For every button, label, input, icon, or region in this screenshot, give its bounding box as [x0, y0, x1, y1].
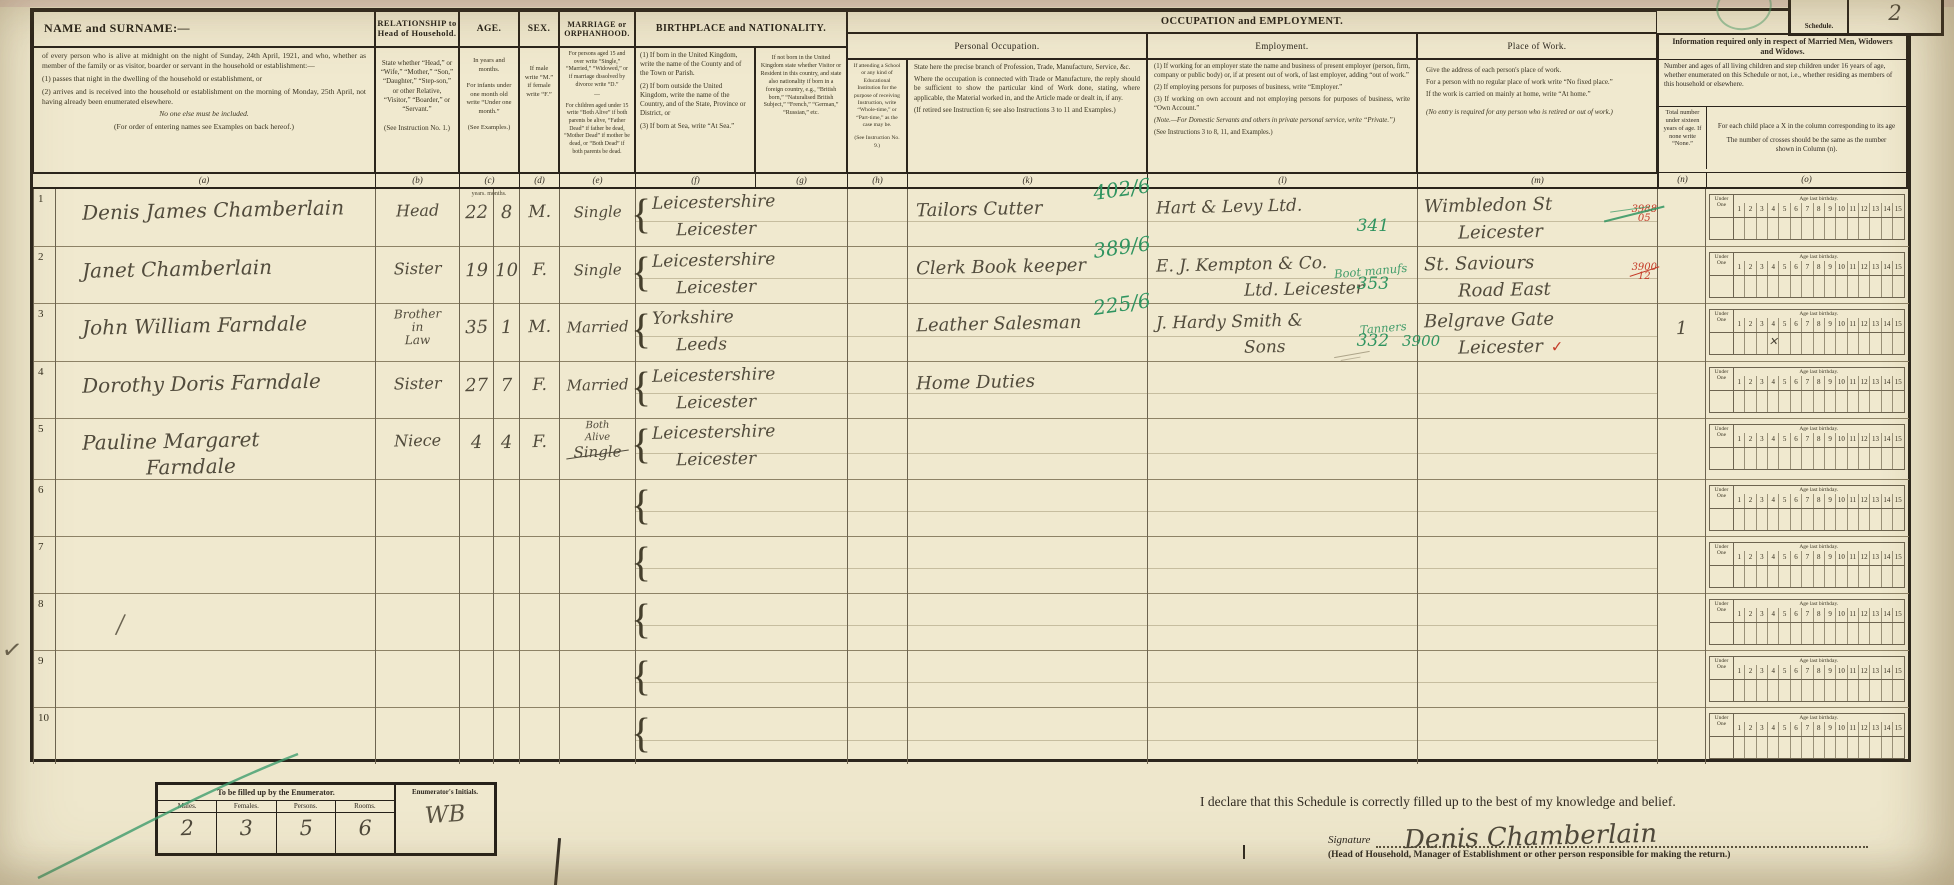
age-tick-label: 9	[1824, 551, 1835, 565]
age-tick-boxes	[1710, 391, 1904, 412]
age-grid-right: Age last birthday.123456789101112131415	[1734, 543, 1904, 565]
column-letter: (e)	[559, 174, 635, 187]
school-desc: If attending a School or any kind of Edu…	[852, 63, 902, 129]
birthplace-handwriting: Leeds	[636, 328, 848, 358]
age-tick-label: 10	[1835, 665, 1846, 679]
age-tick-label: 15	[1892, 494, 1903, 508]
cell-age-months: 10	[494, 246, 520, 303]
age-grid-header: Under OneAge last birthday.1234567891011…	[1710, 543, 1904, 566]
age-tick-boxes	[1710, 623, 1904, 644]
cell-row-number: 4	[34, 361, 56, 418]
age-tick-label: 5	[1778, 203, 1789, 217]
age-box	[1847, 680, 1858, 701]
cell-sex: F.	[520, 246, 560, 303]
pencil-dash-mark	[1243, 845, 1245, 859]
schedule-label: Schedule.	[1791, 0, 1849, 33]
age-last-birthday-label: Age last birthday.	[1734, 310, 1904, 318]
age-tick-label: 9	[1824, 203, 1835, 217]
cell-row-number: 9	[34, 650, 56, 707]
name-handwriting: Denis James Chamberlain	[56, 186, 376, 227]
age-box	[1847, 566, 1858, 587]
relationship-handwriting: Sister	[376, 246, 460, 279]
col-title-relationship: RELATIONSHIP to Head of Household.	[375, 11, 459, 47]
row-number: 1	[34, 189, 55, 205]
household-row: 10{Under OneAge last birthday.1234567891…	[34, 707, 1909, 764]
age-box	[1767, 566, 1778, 587]
relationship-desc: State whether “Head,” or “Wife,” “Mother…	[380, 59, 454, 114]
cell-name: Pauline MargaretFarndale	[56, 418, 376, 479]
cell-age-years	[460, 707, 494, 764]
age-tick-label: 2	[1744, 433, 1755, 447]
age-box	[1813, 391, 1824, 412]
place-of-work-desc: If the work is carried on mainly at home…	[1426, 90, 1648, 99]
cell-age-months	[494, 479, 520, 536]
age-grid-right: Age last birthday.123456789101112131415	[1734, 714, 1904, 736]
enumerator-initials-box: Enumerator's Initials. WB	[396, 785, 494, 853]
age-box	[1778, 391, 1789, 412]
age-tick-label: 3	[1756, 722, 1767, 736]
cell-total-under-16	[1658, 707, 1706, 764]
row-number: 4	[34, 362, 55, 378]
cell-birthplace: {LeicestershireLeicester	[636, 246, 848, 303]
row-number: 7	[34, 537, 55, 553]
census-table: NAME and SURNAME:— RELATIONSHIP to Head …	[30, 8, 1911, 762]
occupation-desc: (If retired see Instruction 6; see also …	[914, 106, 1140, 115]
age-tick-label: 6	[1790, 376, 1801, 390]
col-desc-birthplace-nonuk: If not born in the United Kingdom state …	[755, 47, 847, 173]
marriage-desc: For persons aged 15 and over write “Sing…	[564, 51, 630, 89]
cell-row-number: 5	[34, 418, 56, 479]
age-tick-label: 1	[1734, 494, 1744, 508]
cell-children-grid: Under OneAge last birthday.1234567891011…	[1706, 536, 1909, 593]
married-info-desc: Number and ages of all living children a…	[1659, 60, 1906, 107]
cell-children-grid: Under OneAge last birthday.1234567891011…	[1706, 303, 1909, 361]
schedule-number-box: Schedule. 2	[1788, 0, 1944, 36]
age-box	[1835, 680, 1846, 701]
age-tick-label: 4	[1767, 608, 1778, 622]
age-box: ✕	[1767, 333, 1778, 354]
age-months-handwriting: 1	[494, 303, 520, 338]
sex-handwriting: F.	[520, 246, 560, 280]
red-check-mark: ✓	[1551, 337, 1564, 355]
age-box	[1734, 391, 1744, 412]
age-tick-label: 8	[1813, 551, 1824, 565]
age-box	[1756, 623, 1767, 644]
row-number: 2	[34, 247, 55, 263]
cell-name: Janet Chamberlain	[56, 246, 376, 303]
occupation-desc: State here the precise branch of Profess…	[914, 63, 1140, 72]
cell-occupation	[908, 479, 1148, 536]
cell-birthplace: {	[636, 650, 848, 707]
census-schedule-scan: Schedule. 2 NAME and SURNAME:— RELATIONS…	[0, 0, 1954, 885]
age-tick-label: 2	[1744, 665, 1755, 679]
age-grid-right: Age last birthday.123456789101112131415	[1734, 425, 1904, 447]
age-tick-label: 4	[1767, 722, 1778, 736]
cell-marriage	[560, 707, 636, 764]
cell-relationship: Sister	[376, 246, 460, 303]
age-box	[1824, 566, 1835, 587]
cell-school	[848, 707, 908, 764]
age-box	[1767, 509, 1778, 530]
age-tick-label: 4	[1767, 433, 1778, 447]
age-desc: In years and months.	[464, 57, 514, 74]
cell-relationship	[376, 707, 460, 764]
children-age-grid: Under OneAge last birthday.1234567891011…	[1709, 599, 1905, 645]
age-box	[1734, 218, 1744, 239]
age-box	[1813, 448, 1824, 469]
age-tick-label: 9	[1824, 261, 1835, 275]
age-tick-boxes	[1710, 509, 1904, 530]
age-tick-label: 5	[1778, 551, 1789, 565]
age-tick-label: 10	[1835, 318, 1846, 332]
printed-brace: {	[631, 187, 651, 243]
children-age-grid: Under OneAge last birthday.1234567891011…	[1709, 309, 1905, 355]
age-grid-right: Age last birthday.123456789101112131415	[1734, 368, 1904, 390]
cell-sex	[520, 479, 560, 536]
age-box	[1790, 623, 1801, 644]
employment-desc: (1) If working for an employer state the…	[1154, 63, 1410, 81]
age-tick-label: 13	[1869, 318, 1880, 332]
marriage-correction-handwriting: Alive	[560, 430, 635, 444]
printed-brace: {	[631, 417, 651, 473]
cell-sex	[520, 650, 560, 707]
cell-age-years: 19	[460, 246, 494, 303]
under-one-label: Under One	[1710, 657, 1734, 679]
age-box	[1734, 448, 1744, 469]
cell-employment	[1148, 707, 1418, 764]
age-tick-numbers: 123456789101112131415	[1734, 722, 1904, 736]
age-box	[1756, 566, 1767, 587]
age-units-label: years. months.	[459, 191, 519, 197]
cell-birthplace: {LeicestershireLeicester	[636, 189, 848, 246]
cell-age-months: 7	[494, 361, 520, 418]
married-info-title: Information required only in respect of …	[1659, 35, 1906, 60]
age-tick-label: 1	[1734, 665, 1744, 679]
age-tick-boxes: ✕	[1710, 333, 1904, 354]
age-grid-right: Age last birthday.123456789101112131415	[1734, 600, 1904, 622]
age-grid-header: Under OneAge last birthday.1234567891011…	[1710, 657, 1904, 680]
birthplace-handwriting: Leicestershire	[636, 416, 848, 447]
column-letter: (d)	[519, 174, 559, 187]
household-entries-table: 1Denis James ChamberlainHead228M.Single{…	[33, 189, 1909, 764]
cell-total-under-16	[1658, 479, 1706, 536]
age-last-birthday-label: Age last birthday.	[1734, 195, 1904, 203]
age-tick-label: 7	[1801, 203, 1812, 217]
children-age-grid: Under OneAge last birthday.1234567891011…	[1709, 656, 1905, 702]
age-tick-label: 11	[1847, 665, 1858, 679]
age-tick-label: 5	[1778, 494, 1789, 508]
age-box	[1801, 737, 1812, 758]
age-box	[1858, 680, 1869, 701]
cell-place-of-work	[1418, 650, 1658, 707]
cell-employment: Hart & Levy Ltd.341	[1148, 189, 1418, 246]
age-box	[1881, 391, 1892, 412]
age-box	[1881, 680, 1892, 701]
cell-school	[848, 246, 908, 303]
total-under-16-desc: Total number under sixteen years of age.…	[1659, 107, 1707, 169]
cell-row-number: 7	[34, 536, 56, 593]
age-tick-label: 6	[1790, 433, 1801, 447]
age-box	[1734, 509, 1744, 530]
age-box	[1858, 737, 1869, 758]
cell-row-number: 8	[34, 593, 56, 650]
cell-marriage: Married	[560, 303, 636, 361]
employment-desc: (Note.—For Domestic Servants and others …	[1154, 117, 1410, 126]
age-tick-label: 9	[1824, 494, 1835, 508]
age-box	[1858, 391, 1869, 412]
age-box	[1813, 333, 1824, 354]
age-tick-label: 11	[1847, 261, 1858, 275]
cell-children-grid: Under OneAge last birthday.1234567891011…	[1706, 361, 1909, 418]
under-one-label: Under One	[1710, 425, 1734, 447]
printed-brace: {	[631, 706, 651, 762]
age-tick-label: 9	[1824, 318, 1835, 332]
age-years-handwriting: 35	[460, 303, 494, 338]
age-box	[1778, 448, 1789, 469]
age-box	[1734, 737, 1744, 758]
age-box	[1801, 333, 1812, 354]
age-box	[1869, 391, 1880, 412]
birthplace-uk-desc: (3) If born at Sea, write “At Sea.”	[640, 122, 750, 131]
age-tick-label: 2	[1744, 203, 1755, 217]
cell-age-months	[494, 707, 520, 764]
age-last-birthday-label: Age last birthday.	[1734, 425, 1904, 433]
col-title-personal-occupation: Personal Occupation.	[847, 33, 1147, 59]
age-box	[1824, 448, 1835, 469]
age-box	[1892, 509, 1903, 530]
crosses-desc-line: The number of crosses should be the same…	[1717, 136, 1896, 154]
cell-place-of-work	[1418, 361, 1658, 418]
place-of-work-handwriting: Belgrave Gate	[1418, 301, 1658, 335]
age-box	[1869, 218, 1880, 239]
age-box	[1881, 737, 1892, 758]
schedule-number-handwriting: 2	[1849, 0, 1941, 33]
age-tick-label: 7	[1801, 494, 1812, 508]
under-one-label: Under One	[1710, 253, 1734, 275]
age-box	[1869, 623, 1880, 644]
age-tick-label: 11	[1847, 433, 1858, 447]
age-tick-label: 1	[1734, 376, 1744, 390]
cell-birthplace: {LeicestershireLeicester	[636, 361, 848, 418]
cell-relationship: Head	[376, 189, 460, 246]
cell-age-months	[494, 650, 520, 707]
cell-age-years: 35	[460, 303, 494, 361]
row-number: 3	[34, 304, 55, 320]
under-one-label: Under One	[1710, 310, 1734, 332]
household-row: 4Dorothy Doris FarndaleSister277F.Marrie…	[34, 361, 1909, 418]
age-tick-label: 15	[1892, 261, 1903, 275]
birthplace-handwriting: Leicestershire	[636, 359, 848, 390]
age-box	[1813, 680, 1824, 701]
birthplace-handwriting: Leicestershire	[636, 244, 848, 275]
age-months-handwriting: 10	[494, 246, 520, 281]
age-tick-numbers: 123456789101112131415	[1734, 318, 1904, 332]
age-box	[1835, 509, 1846, 530]
cell-marriage: BothAliveSingle	[560, 418, 636, 479]
age-box	[1790, 680, 1801, 701]
cell-relationship: BrotherinLaw	[376, 303, 460, 361]
age-tick-label: 1	[1734, 551, 1744, 565]
age-tick-label: 9	[1824, 665, 1835, 679]
marriage-divider: —	[564, 92, 630, 100]
household-row: 6{Under OneAge last birthday.12345678910…	[34, 479, 1909, 536]
cell-place-of-work	[1418, 536, 1658, 593]
age-tick-boxes	[1710, 680, 1904, 701]
age-box-under-one	[1710, 509, 1734, 530]
cell-children-grid: Under OneAge last birthday.1234567891011…	[1706, 650, 1909, 707]
name-handwriting: Dorothy Doris Farndale	[56, 358, 376, 399]
age-tick-label: 11	[1847, 318, 1858, 332]
age-tick-label: 9	[1824, 608, 1835, 622]
cell-occupation	[908, 707, 1148, 764]
cell-marriage: Married	[560, 361, 636, 418]
children-age-grid: Under OneAge last birthday.1234567891011…	[1709, 713, 1905, 759]
age-box	[1778, 276, 1789, 297]
age-tick-label: 1	[1734, 203, 1744, 217]
printed-brace: {	[631, 360, 651, 416]
signature-row: Signature Denis Chamberlain	[1200, 822, 1868, 848]
age-box	[1756, 680, 1767, 701]
age-box	[1858, 218, 1869, 239]
cell-employment: J. Hardy Smith &Sons332Tanners	[1148, 303, 1418, 361]
column-letter: (h)	[847, 174, 907, 187]
age-box	[1858, 509, 1869, 530]
age-box	[1835, 276, 1846, 297]
age-tick-label: 2	[1744, 722, 1755, 736]
age-tick-label: 14	[1881, 608, 1892, 622]
place-of-work-handwriting: St. Saviours	[1418, 244, 1658, 278]
age-box	[1869, 566, 1880, 587]
age-tick-label: 2	[1744, 494, 1755, 508]
cell-place-of-work	[1418, 479, 1658, 536]
age-box	[1824, 276, 1835, 297]
age-box	[1892, 218, 1903, 239]
cell-marriage: Single	[560, 189, 636, 246]
children-age-grid: Under OneAge last birthday.1234567891011…	[1709, 485, 1905, 531]
age-grid-header: Under OneAge last birthday.1234567891011…	[1710, 486, 1904, 509]
name-handwriting: John William Farndale	[56, 300, 376, 341]
age-last-birthday-label: Age last birthday.	[1734, 543, 1904, 551]
age-tick-label: 8	[1813, 261, 1824, 275]
age-box	[1801, 218, 1812, 239]
age-box-under-one	[1710, 276, 1734, 297]
cell-birthplace: {	[636, 479, 848, 536]
age-box	[1734, 566, 1744, 587]
age-tick-label: 1	[1734, 722, 1744, 736]
pencil-check-mark: ✓	[0, 635, 24, 667]
cell-age-months	[494, 593, 520, 650]
age-tick-boxes	[1710, 448, 1904, 469]
age-tick-label: 6	[1790, 551, 1801, 565]
age-box	[1824, 218, 1835, 239]
age-box	[1892, 680, 1903, 701]
age-box	[1824, 737, 1835, 758]
age-tick-label: 14	[1881, 376, 1892, 390]
age-box	[1744, 623, 1755, 644]
age-tick-label: 8	[1813, 494, 1824, 508]
cell-employment	[1148, 418, 1418, 479]
age-tick-label: 14	[1881, 433, 1892, 447]
red-code-line: 3900	[1632, 263, 1657, 272]
cell-relationship: Niece	[376, 418, 460, 479]
age-tick-label: 4	[1767, 203, 1778, 217]
age-box	[1869, 276, 1880, 297]
birthplace-handwriting: Leicester	[636, 271, 848, 301]
age-tick-label: 11	[1847, 722, 1858, 736]
age-tick-label: 5	[1778, 608, 1789, 622]
age-grid-header: Under OneAge last birthday.1234567891011…	[1710, 195, 1904, 218]
col-desc-relationship: State whether “Head,” or “Wife,” “Mother…	[375, 47, 459, 173]
name-desc-paragraph: No one else must be included.	[42, 109, 366, 119]
column-letter: (b)	[375, 174, 459, 187]
relationship-handwriting: in	[376, 319, 459, 334]
age-tick-label: 10	[1835, 494, 1846, 508]
age-tick-label: 5	[1778, 376, 1789, 390]
cell-school	[848, 593, 908, 650]
age-tick-label: 10	[1835, 261, 1846, 275]
age-months-handwriting: 7	[494, 361, 520, 396]
birthplace-nonuk-desc: If not born in the United Kingdom state …	[760, 55, 842, 118]
age-tick-label: 3	[1756, 665, 1767, 679]
age-tick-label: 7	[1801, 608, 1812, 622]
cell-place-of-work: St. SavioursRoad East390012	[1418, 246, 1658, 303]
relationship-handwriting: Niece	[376, 418, 460, 451]
age-tick-label: 4	[1767, 494, 1778, 508]
cell-sex	[520, 536, 560, 593]
age-box	[1847, 509, 1858, 530]
age-box	[1744, 391, 1755, 412]
age-box	[1767, 391, 1778, 412]
age-box	[1756, 276, 1767, 297]
age-tick-label: 7	[1801, 376, 1812, 390]
age-box	[1869, 448, 1880, 469]
household-row: 5Pauline MargaretFarndaleNiece44F.BothAl…	[34, 418, 1909, 479]
employer-code-green-ink: 341	[1357, 216, 1389, 236]
age-years-handwriting: 19	[460, 246, 494, 281]
age-tick-label: 13	[1869, 494, 1880, 508]
age-tick-numbers: 123456789101112131415	[1734, 261, 1904, 275]
cell-place-of-work: Wimbledon StLeicester398805	[1418, 189, 1658, 246]
cell-row-number: 3	[34, 303, 56, 361]
place-of-work-handwriting: Road East	[1418, 273, 1658, 305]
cell-sex: F.	[520, 361, 560, 418]
enumerator-cell-label: Rooms.	[336, 801, 394, 813]
age-grid-header: Under OneAge last birthday.1234567891011…	[1710, 310, 1904, 333]
age-tick-label: 9	[1824, 433, 1835, 447]
pencil-stroke-mark	[554, 838, 561, 885]
age-tick-label: 9	[1824, 376, 1835, 390]
under-one-label: Under One	[1710, 600, 1734, 622]
age-box	[1847, 333, 1858, 354]
age-box	[1847, 623, 1858, 644]
col-title-occupation-group: OCCUPATION and EMPLOYMENT.	[847, 11, 1657, 33]
age-tick-label: 2	[1744, 551, 1755, 565]
col-title-age: AGE.	[459, 11, 519, 47]
household-row: 9{Under OneAge last birthday.12345678910…	[34, 650, 1909, 707]
marriage-correction-handwriting: Both	[560, 418, 635, 432]
cell-age-years: 4	[460, 418, 494, 479]
cell-total-under-16	[1658, 650, 1706, 707]
relationship-handwriting: Sister	[376, 361, 460, 394]
birthplace-uk-desc: (2) If born outside the United Kingdom, …	[640, 82, 750, 119]
enumerator-cell-value: 6	[335, 812, 394, 841]
age-tick-numbers: 123456789101112131415	[1734, 665, 1904, 679]
cell-birthplace: {	[636, 536, 848, 593]
birthplace-uk-desc: (1) If born in the United Kingdom, write…	[640, 51, 750, 79]
cell-school	[848, 536, 908, 593]
age-box	[1835, 566, 1846, 587]
children-age-grid: Under OneAge last birthday.1234567891011…	[1709, 252, 1905, 298]
